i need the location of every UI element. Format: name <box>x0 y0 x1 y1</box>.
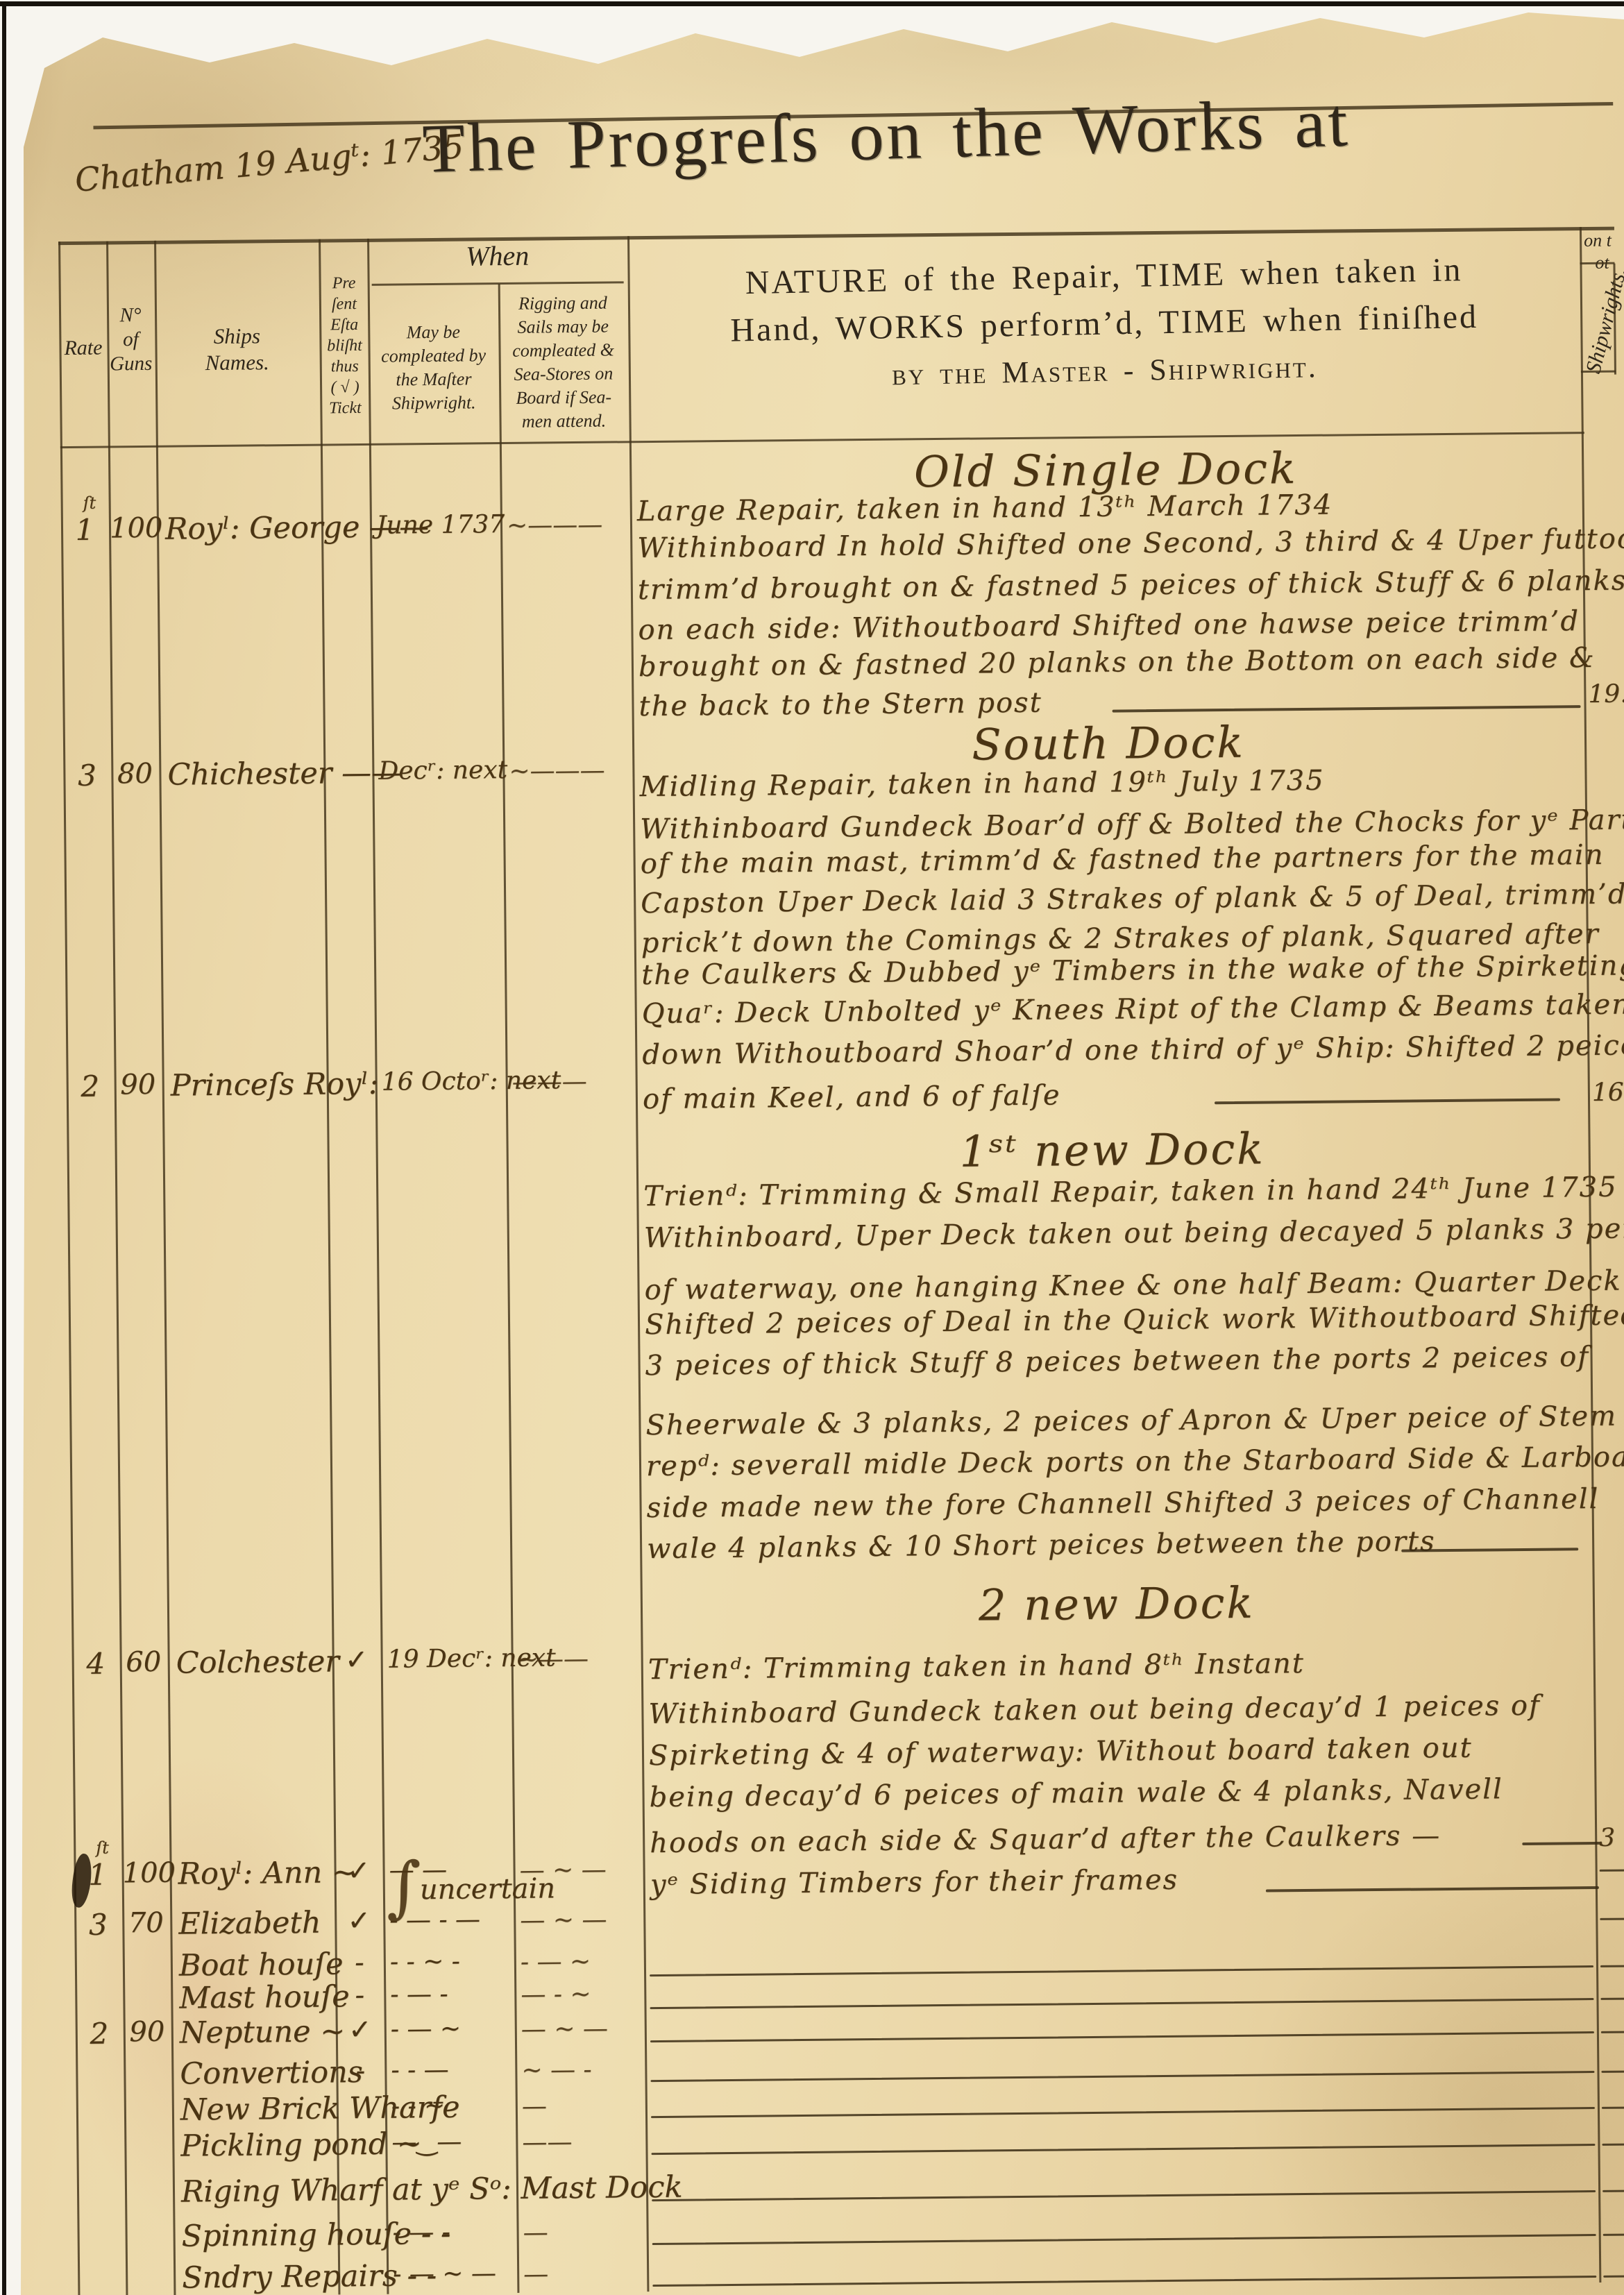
repair-report-line: hoods on each side & Squar’d after the C… <box>650 1820 1441 1859</box>
paper-sheet: Chatham 19 Augᵗ: 1735 The Progreſs on th… <box>0 0 1624 2295</box>
row-rule <box>650 2031 1594 2042</box>
edge-row-rule <box>1603 2276 1624 2278</box>
may-compleated-entry: —‿— <box>391 2128 462 2157</box>
present-tick-mark: ✓ <box>337 1855 380 1888</box>
edge-row-rule <box>1600 1870 1624 1872</box>
ship-guns: 60 <box>120 1646 166 1679</box>
page-title: The Progreſs on the Works at <box>421 82 1351 188</box>
present-tick-mark: - <box>338 1979 381 2012</box>
edge-row-rule <box>1602 2107 1624 2109</box>
ship-name: Royˡ: Ann ~ <box>178 1855 357 1891</box>
repair-report-line: the back to the Stern post <box>638 687 1042 723</box>
may-compleated-entry: Decʳ: next <box>378 756 507 786</box>
row-rule <box>650 1998 1594 2009</box>
may-compleated-entry: - — - <box>390 1980 448 2009</box>
edge-number: 19. <box>1588 679 1624 709</box>
ship-guns: 100 <box>122 1857 168 1890</box>
row-rule <box>652 2190 1596 2201</box>
scan-frame-top <box>0 1 1624 6</box>
row-rule <box>652 2144 1596 2155</box>
document-content: Chatham 19 Augᵗ: 1735 The Progreſs on th… <box>0 0 1624 2295</box>
dock-section-title: South Dock <box>632 713 1585 773</box>
ship-name: Colchester <box>176 1644 339 1680</box>
repair-report-line: Sheerwale & 3 planks, 2 peices of Apron … <box>645 1400 1624 1441</box>
repair-report-line: 3 peices of thick Stuff 8 peices between… <box>645 1341 1589 1382</box>
rigging-entry: — - ~ <box>521 1980 591 2009</box>
repair-report-line: Large Repair, taken in hand 13ᵗʰ March 1… <box>637 489 1333 528</box>
rigging-entry: ~——— <box>509 756 605 786</box>
ship-rate: 4 <box>73 1646 117 1681</box>
ship-name: Pickling pond ~ <box>180 2126 422 2163</box>
repair-report-line: trimm’d brought on & fastned 5 peices of… <box>638 564 1624 606</box>
section-closing-rule <box>1522 1842 1602 1845</box>
ship-rate-note: ſt <box>83 493 96 513</box>
rigging-entry: ~ — - <box>521 2056 592 2085</box>
rigging-entry: — <box>523 2260 548 2289</box>
ship-name: Mast houſe <box>179 1979 350 2015</box>
uncertain-note: uncertain <box>420 1872 556 1906</box>
ship-rate: 1 <box>62 513 107 548</box>
present-establisht-column-header: Pre <box>233 273 455 294</box>
edge-header-line <box>1580 262 1614 264</box>
ship-guns: 90 <box>124 2016 170 2049</box>
dock-section-title: 2 new Dock <box>641 1574 1593 1634</box>
present-tick-mark: ✓ <box>339 2014 382 2047</box>
present-establisht-column-header: ſent <box>233 294 455 315</box>
rigging-entry: — <box>523 2219 548 2247</box>
edge-column-header-line1: on t <box>1584 230 1612 251</box>
rigging-entry: — ~ — <box>520 1906 607 1935</box>
scan-frame-left <box>2 1 6 2295</box>
table-top-border <box>58 227 1614 246</box>
ship-name: Elizabeth <box>178 1906 321 1942</box>
when-column-header: When <box>367 238 627 273</box>
nature-of-repair-header: by the Master - Shipwright. <box>629 344 1582 397</box>
repair-report-line: on each side: Withoutboard Shifted one h… <box>638 605 1580 646</box>
ship-rate: 3 <box>65 758 109 793</box>
ship-rate: 2 <box>77 2016 121 2051</box>
may-compleated-entry: - - ~ <box>391 2092 446 2121</box>
nature-of-repair-header: Hand, WORKS perform’d, TIME when finiſhe… <box>628 296 1581 351</box>
table-column-line <box>498 284 520 2293</box>
table-column-line <box>154 241 176 2295</box>
ship-rate: 2 <box>67 1069 112 1103</box>
scanned-document-page: { "header": { "place_date": "Chatham 19 … <box>0 0 1624 2295</box>
row-rule <box>651 2071 1595 2082</box>
rigging-entry: —— <box>522 2128 572 2157</box>
repair-report-line: Shifted 2 peices of Deal in the Quick wo… <box>645 1299 1624 1341</box>
repair-report-line: down Withoutboard Shoar’d one third of y… <box>642 1029 1624 1071</box>
edge-column-vertical-label: Shipwrights. <box>1580 260 1624 381</box>
row-rule <box>652 2276 1596 2287</box>
repair-report-line: Trienᵈ: Trimming taken in hand 8ᵗʰ Insta… <box>648 1648 1305 1686</box>
nature-of-repair-header: NATURE of the Repair, TIME when taken in <box>627 248 1580 304</box>
row-rule <box>650 1965 1593 1976</box>
present-tick-mark: - <box>339 2055 382 2087</box>
rigging-entry: — <box>522 2092 547 2121</box>
present-tick-mark: - <box>338 1947 381 1979</box>
may-compleated-entry: - — ~ — <box>393 2259 496 2288</box>
ship-rate: 3 <box>76 1907 120 1942</box>
repair-report-line: Spirketing & 4 of waterway: Without boar… <box>649 1732 1473 1772</box>
ship-name: Chichester —— <box>167 755 401 792</box>
ship-name: Convertions <box>180 2055 363 2092</box>
table-column-line <box>58 242 80 2295</box>
repair-report-line: brought on & fastned 20 planks on the Bo… <box>638 642 1596 683</box>
may-compleated-entry: June 1737 <box>376 510 505 540</box>
rigging-entry: ~—— <box>517 1645 589 1674</box>
ship-guns: 100 <box>110 512 155 545</box>
repair-report-line: being decay’d 6 peices of main wale & 4 … <box>649 1773 1503 1813</box>
edge-row-rule <box>1600 1965 1624 1967</box>
ship-name: Princeſs Royˡ: <box>170 1067 378 1103</box>
row-rule <box>651 2107 1595 2118</box>
repair-report-line: side made new the fore Channell Shifted … <box>646 1483 1599 1524</box>
ship-name: Boat houſe <box>179 1947 344 1983</box>
may-compleated-entry: - — - <box>392 2218 450 2247</box>
may-compleated-entry: - - — <box>391 2056 449 2085</box>
section-closing-rule <box>1113 705 1581 712</box>
repair-report-line: of waterway, one hanging Knee & one half… <box>644 1265 1622 1307</box>
edge-row-rule <box>1600 1918 1624 1920</box>
edge-row-rule <box>1601 2031 1624 2033</box>
may-compleated-entry: - - ~ - <box>390 1947 460 1976</box>
edge-row-rule <box>1602 2144 1624 2146</box>
repair-report-line: of main Keel, and 6 of falſe <box>643 1079 1061 1115</box>
present-tick-mark: ✓ <box>337 1905 380 1938</box>
section-closing-rule <box>1266 1886 1599 1892</box>
repair-report-line: Withinboard Gundeck taken out being deca… <box>648 1690 1541 1730</box>
may-compleated-entry: - — ~ <box>391 2015 462 2044</box>
rigging-entry: ~——— <box>507 511 603 540</box>
section-closing-rule <box>1215 1098 1560 1104</box>
ship-rate-note: ſt <box>96 1838 109 1858</box>
row-rule <box>652 2234 1596 2245</box>
ship-guns: 80 <box>112 758 158 790</box>
edge-header-line <box>1581 371 1616 373</box>
edge-number: 16 <box>1592 1078 1624 1107</box>
rigging-entry: ——— <box>512 1067 587 1096</box>
ship-name: Neptune ~ <box>180 2014 346 2050</box>
repair-report-line: repᵈ: severall midle Deck ports on the S… <box>646 1441 1624 1482</box>
rigging-entry: - — ~ <box>521 1947 591 1976</box>
repair-report-line: yᵉ Siding Timbers for their frames <box>650 1864 1179 1901</box>
repair-report-line: Withinboard In hold Shifted one Second, … <box>637 523 1624 564</box>
edge-row-rule <box>1600 1998 1624 2000</box>
dock-section-title: 1ˢᵗ new Dock <box>636 1120 1589 1180</box>
repair-report-line: of the main mast, trimm’d & fastned the … <box>640 839 1604 880</box>
rigging-entry: — ~ — <box>521 2015 608 2044</box>
uncertain-brace: ∫ <box>386 1847 421 1925</box>
repair-report-line: Withinboard, Uper Deck taken out being d… <box>644 1212 1624 1254</box>
edge-number: 3 <box>1599 1824 1615 1852</box>
present-tick-mark: ✓ <box>335 1644 378 1677</box>
rigging-sails-column-header: men attend. <box>452 410 675 433</box>
place-date-annotation: Chatham 19 Augᵗ: 1735 <box>74 128 466 200</box>
repair-report-line: Withinboard Gundeck Boar’d off & Bolted … <box>640 803 1624 845</box>
repair-report-line: Midling Repair, taken in hand 19ᵗʰ July … <box>639 765 1324 803</box>
edge-row-rule <box>1601 2071 1624 2073</box>
ship-name: Riging Wharf at yᵉ Sᵒ: Mast Dock <box>181 2170 683 2210</box>
repair-report-line: wale 4 planks & 10 Short peices between … <box>647 1525 1436 1565</box>
ship-guns: 70 <box>123 1907 169 1940</box>
repair-report-line: Capston Uper Deck laid 3 Strakes of plan… <box>641 878 1624 920</box>
edge-row-rule <box>1602 2190 1624 2192</box>
edge-row-rule <box>1603 2234 1624 2236</box>
table-column-line <box>106 241 128 2295</box>
repair-report-line: Quaʳ: Deck Unbolted yᵉ Knees Ript of the… <box>642 988 1624 1030</box>
ship-guns: 90 <box>115 1069 160 1101</box>
